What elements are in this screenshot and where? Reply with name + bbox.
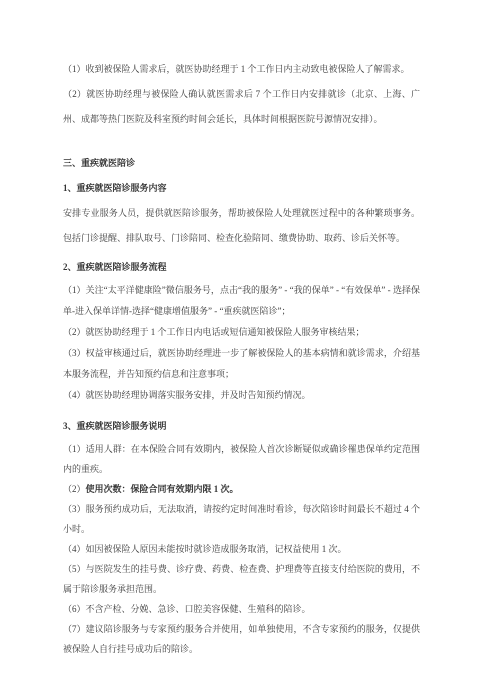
note-item-2: （2）使用次数：保险合同有效期内限 1 次。 [63,479,420,499]
note-item-1: （1）适用人群：在本保险合同有效期内，被保险人首次诊断疑似或确诊罹患保单约定范围… [63,439,420,479]
note-item-6: （6）不含产检、分娩、急诊、口腔美容保健、生殖科的陪诊。 [63,599,420,619]
subsection-1-heading: 1、重疾就医陪诊服务内容 [63,176,420,201]
note-item-4: （4）如因被保险人原因未能按时就诊造成服务取消，记权益使用 1 次。 [63,539,420,559]
subsection-2-heading: 2、重疾就医陪诊服务流程 [63,255,420,280]
note-item-2-prefix: （2） [63,484,86,494]
subsection-3-heading: 3、重疾就医陪诊服务说明 [63,414,420,439]
intro-paragraph-2: （2）就医协助经理与被保险人确认就医需求后 7 个工作日内安排就诊（北京、上海、… [63,82,420,132]
note-item-7: （7）建议陪诊服务与专家预约服务合并使用，如单独使用，不含专家预约的服务，仅提供… [63,619,420,659]
note-item-5: （5）与医院发生的挂号费、诊疗费、药费、检查费、护理费等直接支付给医院的费用，不… [63,559,420,599]
document-page: （1）收到被保险人需求后，就医协助经理于 1 个工作日内主动致电被保险人了解需求… [0,0,495,700]
note-item-3: （3）服务预约成功后，无法取消，请按约定时间准时看诊，每次陪诊时间最长不超过 4… [63,499,420,539]
flow-step-2: （2）就医协助经理于 1 个工作日内电话或短信通知被保险人服务审核结果； [63,322,420,343]
note-item-2-bold-text: 使用次数：保险合同有效期内限 1 次。 [86,484,239,494]
flow-step-4: （4）就医协助经理协调落实服务安排，并及时告知预约情况。 [63,385,420,406]
subsection-1-paragraph: 安排专业服务人员，提供就医陪诊服务，帮助被保险人处理就医过程中的各种繁琐事务。包… [63,201,420,251]
flow-step-3: （3）权益审核通过后，就医协助经理进一步了解被保险人的基本病情和就诊需求，介绍基… [63,343,420,385]
section-title: 三、重疾就医陪诊 [63,151,420,176]
flow-step-1: （1）关注“太平洋健康险”微信服务号，点击“我的服务” - “我的保单” - “… [63,280,420,322]
intro-paragraph-1: （1）收到被保险人需求后，就医协助经理于 1 个工作日内主动致电被保险人了解需求… [63,57,420,82]
